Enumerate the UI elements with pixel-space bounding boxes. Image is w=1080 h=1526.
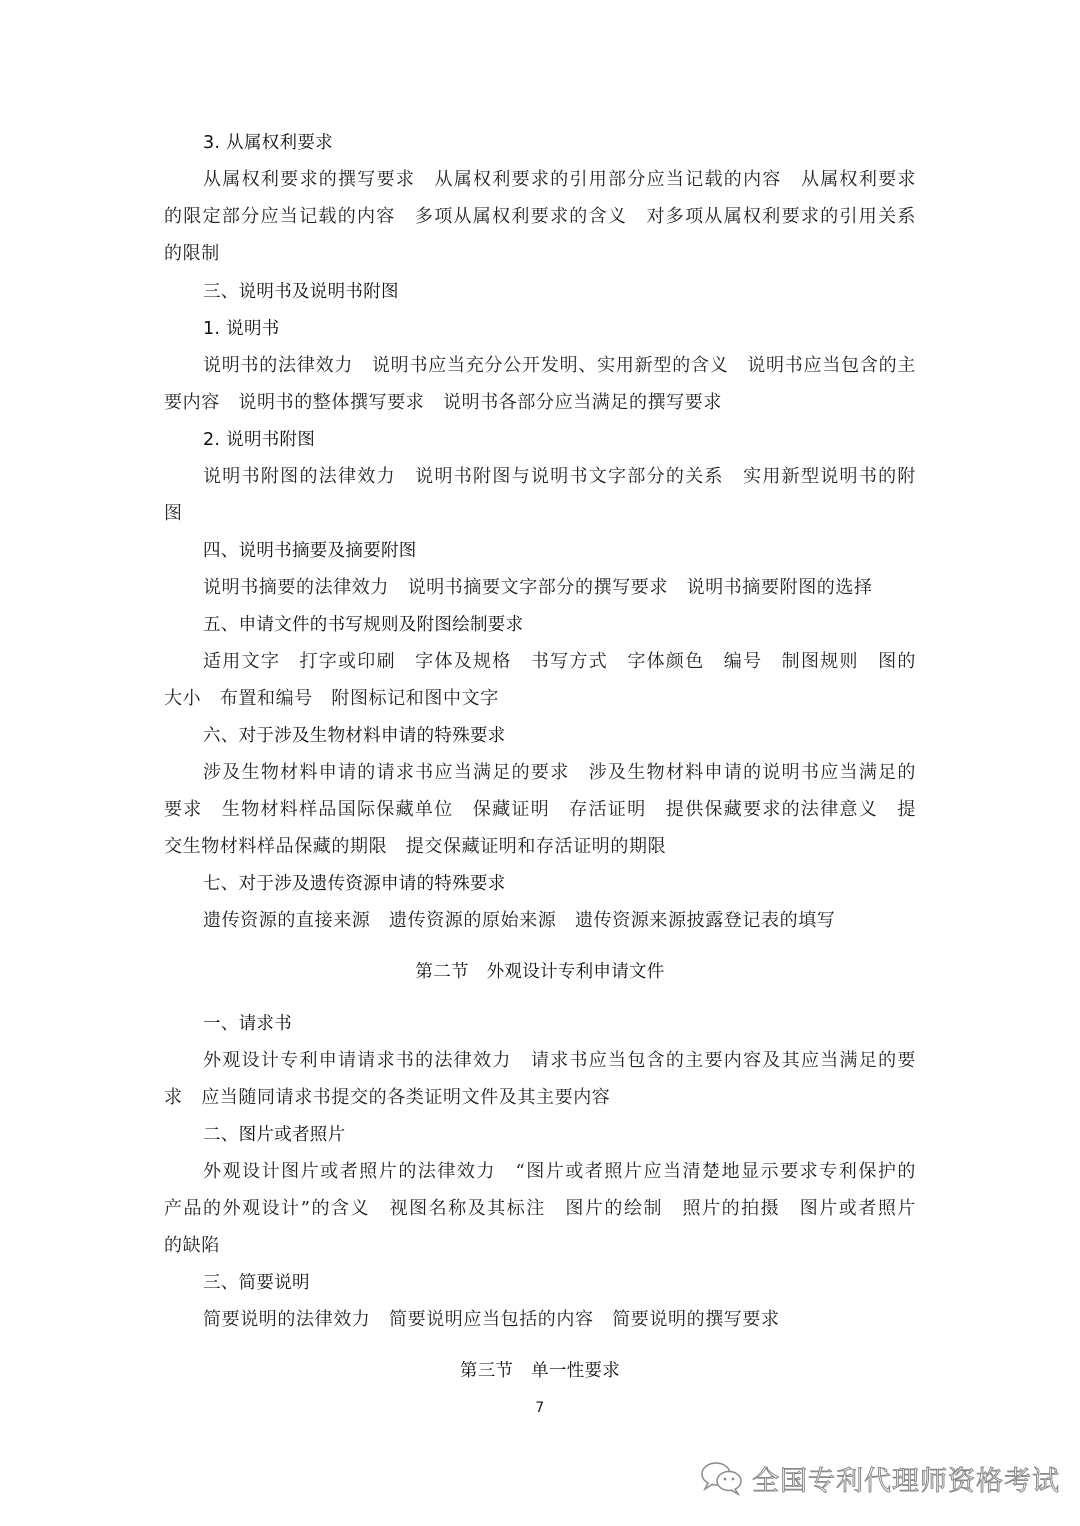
paragraph-line: 的限制 xyxy=(164,242,220,266)
page-number: 7 xyxy=(0,1396,1080,1420)
heading-description-and-drawings: 三、说明书及说明书附图 xyxy=(203,280,399,304)
heading-brief-description: 三、简要说明 xyxy=(203,1271,310,1295)
paragraph-line: 交生物材料样品保藏的期限 提交保藏证明和存活证明的期限 xyxy=(164,835,666,859)
heading-pictures-photos: 二、图片或者照片 xyxy=(203,1123,345,1147)
watermark-text: 全国专利代理师资格考试 xyxy=(752,1459,1060,1498)
paragraph-line: 遗传资源的直接来源 遗传资源的原始来源 遗传资源来源披露登记表的填写 xyxy=(203,909,835,933)
paragraph-line: 从属权利要求的撰写要求 从属权利要求的引用部分应当记载的内容 从属权利要求 xyxy=(203,168,916,192)
paragraph-line: 大小 布置和编号 附图标记和图中文字 xyxy=(164,687,499,711)
paragraph-line: 求 应当随同请求书提交的各类证明文件及其主要内容 xyxy=(164,1086,610,1110)
heading-description-drawings: 2. 说明书附图 xyxy=(203,428,315,452)
paragraph-line: 涉及生物材料申请的请求书应当满足的要求 涉及生物材料申请的说明书应当满足的 xyxy=(203,761,916,785)
heading-genetic-resources: 七、对于涉及遗传资源申请的特殊要求 xyxy=(203,872,506,896)
heading-request: 一、请求书 xyxy=(203,1012,292,1036)
paragraph-line: 外观设计专利申请请求书的法律效力 请求书应当包含的主要内容及其应当满足的要 xyxy=(203,1049,916,1073)
wechat-icon xyxy=(700,1460,744,1496)
paragraph-line: 要内容 说明书的整体撰写要求 说明书各部分应当满足的撰写要求 xyxy=(164,391,722,415)
paragraph-line: 产品的外观设计”的含义 视图名称及其标注 图片的绘制 照片的拍摄 图片或者照片 xyxy=(164,1197,916,1221)
paragraph-line: 说明书附图的法律效力 说明书附图与说明书文字部分的关系 实用新型说明书的附 xyxy=(203,465,916,489)
heading-biological-material: 六、对于涉及生物材料申请的特殊要求 xyxy=(203,724,506,748)
paragraph-line: 的缺陷 xyxy=(164,1234,220,1258)
heading-abstract: 四、说明书摘要及摘要附图 xyxy=(203,539,417,563)
heading-description: 1. 说明书 xyxy=(203,317,280,341)
section-title-design: 第二节 外观设计专利申请文件 xyxy=(0,960,1080,984)
paragraph-line: 要求 生物材料样品国际保藏单位 保藏证明 存活证明 提供保藏要求的法律意义 提 xyxy=(164,798,916,822)
paragraph-line: 适用文字 打字或印刷 字体及规格 书写方式 字体颜色 编号 制图规则 图的 xyxy=(203,650,916,674)
paragraph-line: 说明书的法律效力 说明书应当充分公开发明、实用新型的含义 说明书应当包含的主 xyxy=(203,354,916,378)
document-page: 3. 从属权利要求 从属权利要求的撰写要求 从属权利要求的引用部分应当记载的内容… xyxy=(0,0,1080,1526)
paragraph-line: 简要说明的法律效力 简要说明应当包括的内容 简要说明的撰写要求 xyxy=(203,1308,780,1332)
heading-dependent-claims: 3. 从属权利要求 xyxy=(203,131,333,155)
paragraph-line: 的限定部分应当记载的内容 多项从属权利要求的含义 对多项从属权利要求的引用关系 xyxy=(164,205,916,229)
paragraph-line: 外观设计图片或者照片的法律效力 “图片或者照片应当清楚地显示要求专利保护的 xyxy=(203,1160,916,1184)
paragraph-line: 图 xyxy=(164,502,183,526)
heading-writing-rules: 五、申请文件的书写规则及附图绘制要求 xyxy=(203,613,523,637)
paragraph-line: 说明书摘要的法律效力 说明书摘要文字部分的撰写要求 说明书摘要附图的选择 xyxy=(203,576,873,600)
section-title-unity: 第三节 单一性要求 xyxy=(0,1359,1080,1383)
watermark: 全国专利代理师资格考试 xyxy=(700,1456,1060,1500)
